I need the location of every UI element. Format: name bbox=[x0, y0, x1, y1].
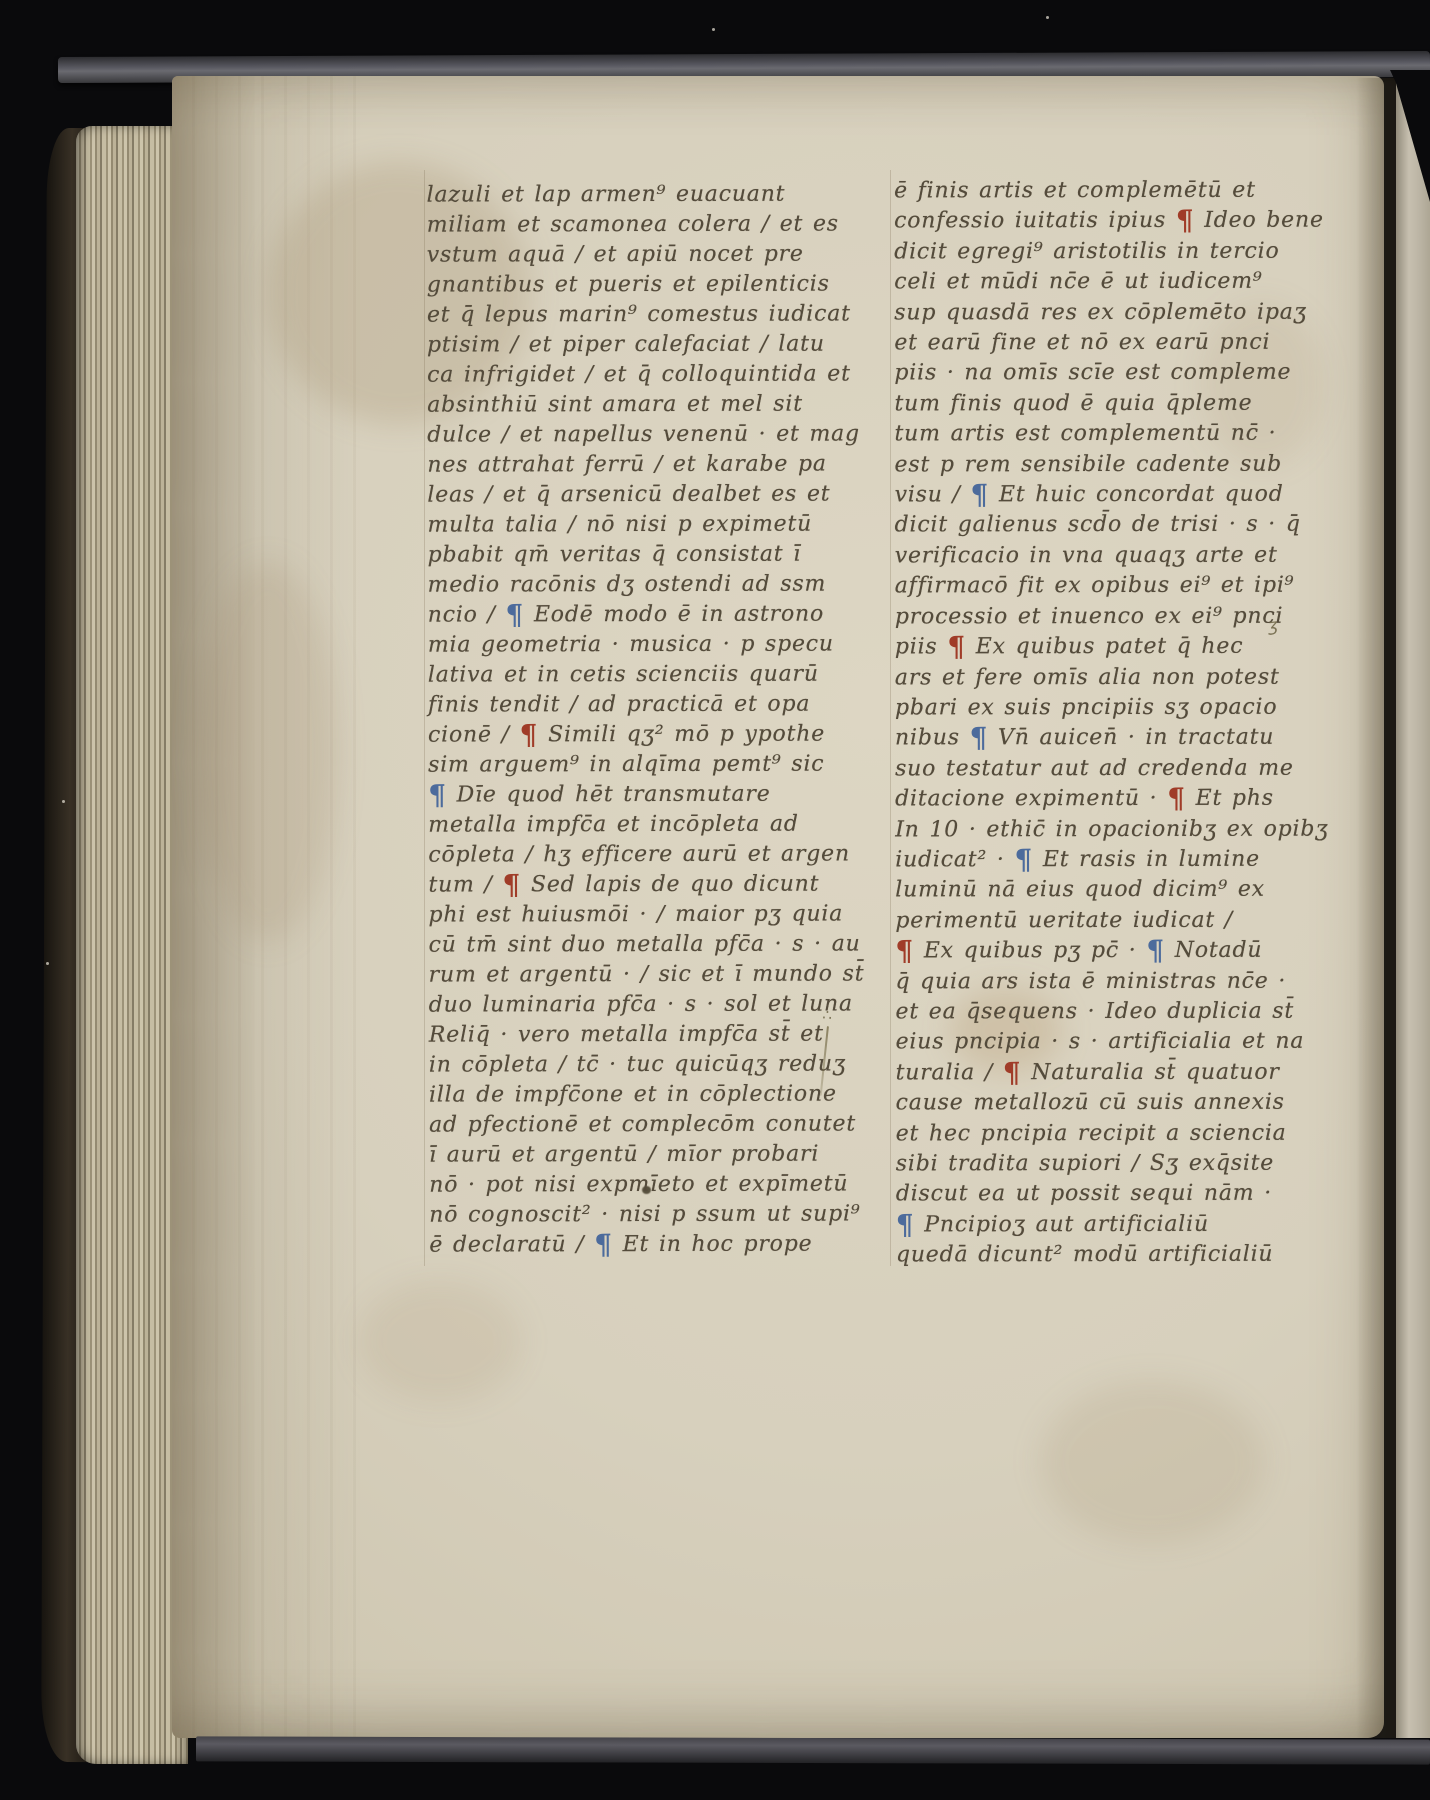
text-segment: discut ea ut possit sequi nām · bbox=[896, 1181, 1272, 1207]
text-segment: nibus bbox=[895, 726, 970, 751]
manuscript-text-line: processio et inuenco ex ei⁹ pnci bbox=[895, 601, 1328, 632]
parchment-stain bbox=[1040, 1380, 1264, 1544]
manuscript-text-line: et ea q̄sequens · Ideo duplicia st̄ bbox=[895, 997, 1328, 1028]
manuscript-text-line: mia geometria · musica · p specu bbox=[428, 629, 864, 660]
text-segment: tum artis est complementū nc̄ · bbox=[894, 421, 1276, 447]
manuscript-text-line: sibi tradita supiori / Sʒ exq̄site bbox=[896, 1149, 1329, 1180]
manuscript-text-line: confessio iuitatis ipius ¶ Ideo bene bbox=[894, 206, 1327, 237]
text-segment: Notadū bbox=[1165, 938, 1262, 963]
manuscript-text-line: tum / ¶ Sed lapis de quo dicunt bbox=[428, 869, 864, 900]
dust-speck bbox=[712, 28, 715, 31]
text-segment: suo testatur aut ad credenda me bbox=[895, 755, 1294, 781]
text-segment: finis tendit / ad practicā et opa bbox=[428, 692, 810, 718]
text-segment: turalia / bbox=[896, 1060, 1003, 1085]
text-segment: cōpleta / hʒ efficere aurū et argen bbox=[428, 841, 850, 867]
manuscript-text-line: q̄ quia ars ista ē ministras nc̄e · bbox=[895, 966, 1328, 997]
text-segment: ca infrigidet / et q̄ colloquintida et bbox=[427, 361, 851, 387]
manuscript-text-line: nibus ¶ Vn̄ auicen̄ · in tractatu bbox=[895, 723, 1328, 754]
dust-speck bbox=[1046, 16, 1049, 19]
manuscript-text-line: ¶ Pncipioʒ aut artificialiū bbox=[896, 1209, 1329, 1240]
text-segment: lativa et in cetis scienciis quarū bbox=[428, 662, 819, 688]
manuscript-text-line: nō cognoscit² · nisi p ssum ut supi⁹ bbox=[429, 1199, 865, 1230]
manuscript-text-line: sim arguem⁹ in alqīma pemt⁹ sic bbox=[428, 749, 864, 780]
text-segment: celi et mūdi nc̄e ē ut iudicem⁹ bbox=[894, 269, 1262, 295]
text-segment: Naturalia st̄ quatuor bbox=[1021, 1059, 1279, 1084]
manuscript-text-line: pbari ex suis pncipiis sʒ opacio bbox=[895, 693, 1328, 724]
text-segment: Eodē modo ē in astrono bbox=[524, 602, 824, 628]
text-segment: mia geometria · musica · p specu bbox=[428, 632, 834, 658]
text-segment: et q̄ lepus marin⁹ comestus iudicat bbox=[427, 301, 851, 327]
manuscript-text-line: quedā dicunt² modū artificialiū bbox=[896, 1240, 1329, 1271]
fore-edge-shadow bbox=[1356, 78, 1398, 1738]
text-segment: Ex quibus patet q̄ hec bbox=[966, 634, 1243, 659]
manuscript-text-line: lativa et in cetis scienciis quarū bbox=[428, 659, 864, 690]
text-segment: Vn̄ auicen̄ · in tractatu bbox=[988, 725, 1274, 750]
text-segment: cause metallozū cū suis annexis bbox=[896, 1090, 1285, 1116]
text-segment: Ex quibus pʒ pc̄ · bbox=[914, 938, 1146, 963]
manuscript-text-line: eius pncipia · s · artificialia et na bbox=[896, 1027, 1329, 1058]
manuscript-text-line: ars et fere omīs alia non potest bbox=[895, 662, 1328, 693]
text-segment: lazuli et lap armen⁹ euacuant bbox=[427, 182, 786, 208]
text-segment: ē finis artis et complemētū et bbox=[894, 178, 1256, 204]
manuscript-text-line: cause metallozū cū suis annexis bbox=[896, 1088, 1329, 1119]
text-segment: Dīe quod hēt transmutare bbox=[447, 782, 771, 808]
text-segment: absinthiū sint amara et mel sit bbox=[427, 392, 803, 418]
text-segment: miliam et scamonea colera / et es bbox=[427, 211, 839, 237]
manuscript-text-line: cionē / ¶ Simili qʒ² mō p ypothe bbox=[428, 719, 864, 750]
manuscript-text-line: duo luminaria pfc̄a · s · sol et luna bbox=[429, 989, 865, 1020]
manuscript-text-line: ¶ Ex quibus pʒ pc̄ · ¶ Notadū bbox=[895, 936, 1328, 967]
manuscript-text-line: verificacio in vna quaqʒ arte et bbox=[895, 540, 1328, 571]
text-segment: Et in hoc prope bbox=[613, 1232, 813, 1258]
manuscript-text-line: cōpleta / hʒ efficere aurū et argen bbox=[428, 839, 864, 870]
dust-speck bbox=[46, 962, 49, 965]
text-segment: quedā dicunt² modū artificialiū bbox=[896, 1242, 1273, 1268]
manuscript-text-line: ncio / ¶ Eodē modo ē in astrono bbox=[428, 599, 864, 630]
text-segment: illa de impfc̄one et in cōplectione bbox=[429, 1082, 837, 1108]
manuscript-text-line: luminū nā eius quod dicim⁹ ex bbox=[895, 875, 1328, 906]
manuscript-text-line: et earū fine et nō ex earū pnci bbox=[894, 328, 1327, 359]
manuscript-text-line: Reliq̄ · vero metalla impfc̄a st̄ et bbox=[429, 1019, 865, 1050]
text-segment: piis · na omīs scīe est compleme bbox=[894, 360, 1291, 386]
manuscript-text-line: sup quasdā res ex cōplemēto ipaʒ bbox=[894, 297, 1327, 328]
manuscript-text-line: metalla impfc̄a et incōpleta ad bbox=[428, 809, 864, 840]
text-segment: est p rem sensibile cadente sub bbox=[895, 451, 1283, 477]
text-segment: luminū nā eius quod dicim⁹ ex bbox=[895, 877, 1265, 903]
text-segment: Ideo bene bbox=[1194, 208, 1323, 233]
text-segment: metalla impfc̄a et incōpleta ad bbox=[428, 812, 799, 838]
manuscript-text-line: in cōpleta / tc̄ · tuc quicūqʒ reduʒ bbox=[429, 1049, 865, 1080]
text-segment: ars et fere omīs alia non potest bbox=[895, 664, 1280, 690]
manuscript-text-line: ī aurū et argentū / mīor probari bbox=[429, 1139, 865, 1170]
text-segment: phi est huiusmōi · / maior pʒ quia bbox=[428, 901, 843, 927]
manuscript-text-line: nes attrahat ferrū / et karabe pa bbox=[427, 449, 863, 480]
text-column-left: lazuli et lap armen⁹ euacuantmiliam et s… bbox=[427, 179, 865, 1260]
manuscript-text-line: miliam et scamonea colera / et es bbox=[427, 209, 863, 240]
manuscript-text-line: cū tm̄ sint duo metalla pfc̄a · s · au bbox=[429, 929, 865, 960]
dust-speck bbox=[62, 800, 65, 803]
manuscript-text-line: ditacione expimentū · ¶ Et phs bbox=[895, 784, 1328, 815]
text-segment: sibi tradita supiori / Sʒ exq̄site bbox=[896, 1151, 1274, 1177]
manuscript-text-line: medio racōnis dʒ ostendi ad ssm bbox=[428, 569, 864, 600]
manuscript-text-line: ē finis artis et complemētū et bbox=[894, 176, 1327, 207]
text-segment: q̄ quia ars ista ē ministras nc̄e · bbox=[895, 968, 1286, 994]
margin-mark-outer: ʒ bbox=[1267, 616, 1279, 637]
text-segment: nō · pot nisi expmīeto et expīmetū bbox=[429, 1171, 848, 1197]
text-segment: iudicat² · bbox=[895, 847, 1014, 872]
text-segment: dicit egregi⁹ aristotilis in tercio bbox=[894, 239, 1279, 265]
manuscript-text-line: gnantibus et pueris et epilenticis bbox=[427, 269, 863, 300]
text-segment: sim arguem⁹ in alqīma pemt⁹ sic bbox=[428, 752, 824, 778]
manuscript-text-line: rum et argentū · / sic et ī mundo st̄ bbox=[429, 959, 865, 990]
text-segment: ncio / bbox=[428, 602, 506, 627]
text-segment: Simili qʒ² mō p ypothe bbox=[538, 722, 825, 748]
text-segment: medio racōnis dʒ ostendi ad ssm bbox=[428, 572, 827, 598]
manuscript-text-line: ¶ Dīe quod hēt transmutare bbox=[428, 779, 864, 810]
manuscript-text-line: suo testatur aut ad credenda me bbox=[895, 753, 1328, 784]
manuscript-text-line: nō · pot nisi expmīeto et expīmetū bbox=[429, 1169, 865, 1200]
manuscript-text-line: vstum aquā / et apiū nocet pre bbox=[427, 239, 863, 270]
manuscript-text-line: tum artis est complementū nc̄ · bbox=[894, 419, 1327, 450]
manuscript-text-line: phi est huiusmōi · / maior pʒ quia bbox=[428, 899, 864, 930]
text-segment: Et huic concordat quod bbox=[989, 482, 1283, 508]
text-segment: sup quasdā res ex cōplemēto ipaʒ bbox=[894, 299, 1307, 325]
manuscript-text-line: affirmacō fit ex opibus ei⁹ et ipi⁹ bbox=[895, 571, 1328, 602]
manuscript-text-line: piis ¶ Ex quibus patet q̄ hec bbox=[895, 632, 1328, 663]
ruling-line-right-column bbox=[890, 170, 891, 1266]
text-segment: eius pncipia · s · artificialia et na bbox=[896, 1029, 1305, 1055]
text-segment: ē declaratū / bbox=[429, 1232, 594, 1257]
manuscript-text-line: ē declaratū / ¶ Et in hoc prope bbox=[429, 1229, 865, 1260]
text-segment: nes attrahat ferrū / et karabe pa bbox=[427, 452, 826, 478]
manuscript-text-line: et q̄ lepus marin⁹ comestus iudicat bbox=[427, 299, 863, 330]
manuscript-text-line: ad pfectionē et complecōm conutet bbox=[429, 1109, 865, 1140]
manuscript-text-line: visu / ¶ Et huic concordat quod bbox=[895, 480, 1328, 511]
text-segment: Pncipioʒ aut artificialiū bbox=[914, 1212, 1208, 1238]
manuscript-text-line: est p rem sensibile cadente sub bbox=[895, 449, 1328, 480]
manuscript-text-line: dulce / et napellus venenū · et mag bbox=[427, 419, 863, 450]
text-segment: tum finis quod ē quia q̄pleme bbox=[894, 391, 1252, 417]
text-segment: cionē / bbox=[428, 722, 520, 747]
text-segment: perimentū ueritate iudicat / bbox=[895, 908, 1233, 934]
text-segment: gnantibus et pueris et epilenticis bbox=[427, 272, 830, 298]
text-segment: processio et inuenco ex ei⁹ pnci bbox=[895, 603, 1284, 629]
manuscript-text-line: piis · na omīs scīe est compleme bbox=[894, 358, 1327, 389]
manuscript-text-line: In 10 · ethic̄ in opacionibʒ ex opibʒ bbox=[895, 814, 1328, 845]
parchment-stain bbox=[198, 562, 338, 942]
manuscript-text-line: ptisim / et piper calefaciat / latu bbox=[427, 329, 863, 360]
text-segment: cū tm̄ sint duo metalla pfc̄a · s · au bbox=[429, 931, 861, 957]
text-segment: piis bbox=[895, 634, 947, 659]
text-segment: ditacione expimentū · bbox=[895, 786, 1167, 811]
text-segment: ī aurū et argentū / mīor probari bbox=[429, 1142, 819, 1168]
manuscript-text-line: finis tendit / ad practicā et opa bbox=[428, 689, 864, 720]
text-segment: dulce / et napellus venenū · et mag bbox=[427, 421, 860, 447]
facing-page-edge bbox=[1396, 82, 1430, 1738]
parchment-stain bbox=[358, 1280, 522, 1402]
manuscript-text-line: multa talia / nō nisi p expimetū bbox=[427, 509, 863, 540]
manuscript-text-line: dicit egregi⁹ aristotilis in tercio bbox=[894, 236, 1327, 267]
manuscript-page: lazuli et lap armen⁹ euacuantmiliam et s… bbox=[172, 76, 1384, 1738]
manuscript-text-line: dicit galienus scd̄o de trisi · s · q̄ bbox=[895, 510, 1328, 541]
text-segment: ad pfectionē et complecōm conutet bbox=[429, 1111, 856, 1137]
text-segment: In 10 · ethic̄ in opacionibʒ ex opibʒ bbox=[895, 816, 1328, 842]
text-segment: verificacio in vna quaqʒ arte et bbox=[895, 543, 1278, 569]
manuscript-text-line: ca infrigidet / et q̄ colloquintida et bbox=[427, 359, 863, 390]
text-segment: Et rasis in lumine bbox=[1033, 847, 1260, 872]
text-segment: in cōpleta / tc̄ · tuc quicūqʒ reduʒ bbox=[429, 1051, 846, 1077]
manuscript-text-line: turalia / ¶ Naturalia st̄ quatuor bbox=[896, 1057, 1329, 1088]
manuscript-text-line: discut ea ut possit sequi nām · bbox=[896, 1179, 1329, 1210]
text-segment: tum / bbox=[428, 872, 502, 897]
text-segment: nō cognoscit² · nisi p ssum ut supi⁹ bbox=[429, 1201, 860, 1227]
manuscript-text-line: absinthiū sint amara et mel sit bbox=[427, 389, 863, 420]
ruling-line-left-column bbox=[424, 170, 425, 1266]
text-segment: visu / bbox=[895, 482, 971, 507]
text-segment: ptisim / et piper calefaciat / latu bbox=[427, 332, 825, 358]
manuscript-text-line: perimentū ueritate iudicat / bbox=[895, 905, 1328, 936]
text-segment: et hec pncipia recipit a sciencia bbox=[896, 1120, 1287, 1146]
manuscript-text-line: et hec pncipia recipit a sciencia bbox=[896, 1118, 1329, 1149]
text-segment: et earū fine et nō ex earū pnci bbox=[894, 330, 1270, 356]
text-segment: confessio iuitatis ipius bbox=[894, 208, 1176, 233]
manuscript-text-line: tum finis quod ē quia q̄pleme bbox=[894, 388, 1327, 419]
text-segment: duo luminaria pfc̄a · s · sol et luna bbox=[429, 991, 853, 1017]
binding-bottom-edge bbox=[196, 1736, 1430, 1764]
text-segment: vstum aquā / et apiū nocet pre bbox=[427, 242, 804, 268]
text-segment: dicit galienus scd̄o de trisi · s · q̄ bbox=[895, 512, 1301, 538]
text-segment: affirmacō fit ex opibus ei⁹ et ipi⁹ bbox=[895, 573, 1295, 599]
text-segment: Reliq̄ · vero metalla impfc̄a st̄ et bbox=[429, 1022, 824, 1048]
photo-background: lazuli et lap armen⁹ euacuantmiliam et s… bbox=[0, 0, 1430, 1800]
text-segment: leas / et q̄ arsenicū dealbet es et bbox=[427, 482, 830, 508]
manuscript-text-line: lazuli et lap armen⁹ euacuant bbox=[427, 179, 863, 210]
manuscript-text-line: pbabit qm̄ veritas q̄ consistat ī bbox=[428, 539, 864, 570]
text-segment: rum et argentū · / sic et ī mundo st̄ bbox=[429, 961, 865, 987]
manuscript-text-line: illa de impfc̄one et in cōplectione bbox=[429, 1079, 865, 1110]
text-segment: pbari ex suis pncipiis sʒ opacio bbox=[895, 695, 1277, 721]
text-segment: Sed lapis de quo dicunt bbox=[521, 872, 819, 898]
text-segment: pbabit qm̄ veritas q̄ consistat ī bbox=[428, 542, 802, 568]
text-segment: multa talia / nō nisi p expimetū bbox=[427, 512, 812, 538]
manuscript-text-line: iudicat² · ¶ Et rasis in lumine bbox=[895, 845, 1328, 876]
manuscript-text-line: celi et mūdi nc̄e ē ut iudicem⁹ bbox=[894, 267, 1327, 298]
manuscript-text-line: leas / et q̄ arsenicū dealbet es et bbox=[427, 479, 863, 510]
text-segment: et ea q̄sequens · Ideo duplicia st̄ bbox=[895, 999, 1294, 1025]
text-column-right: ē finis artis et complemētū etconfessio … bbox=[894, 176, 1329, 1271]
text-segment: Et phs bbox=[1186, 786, 1274, 811]
